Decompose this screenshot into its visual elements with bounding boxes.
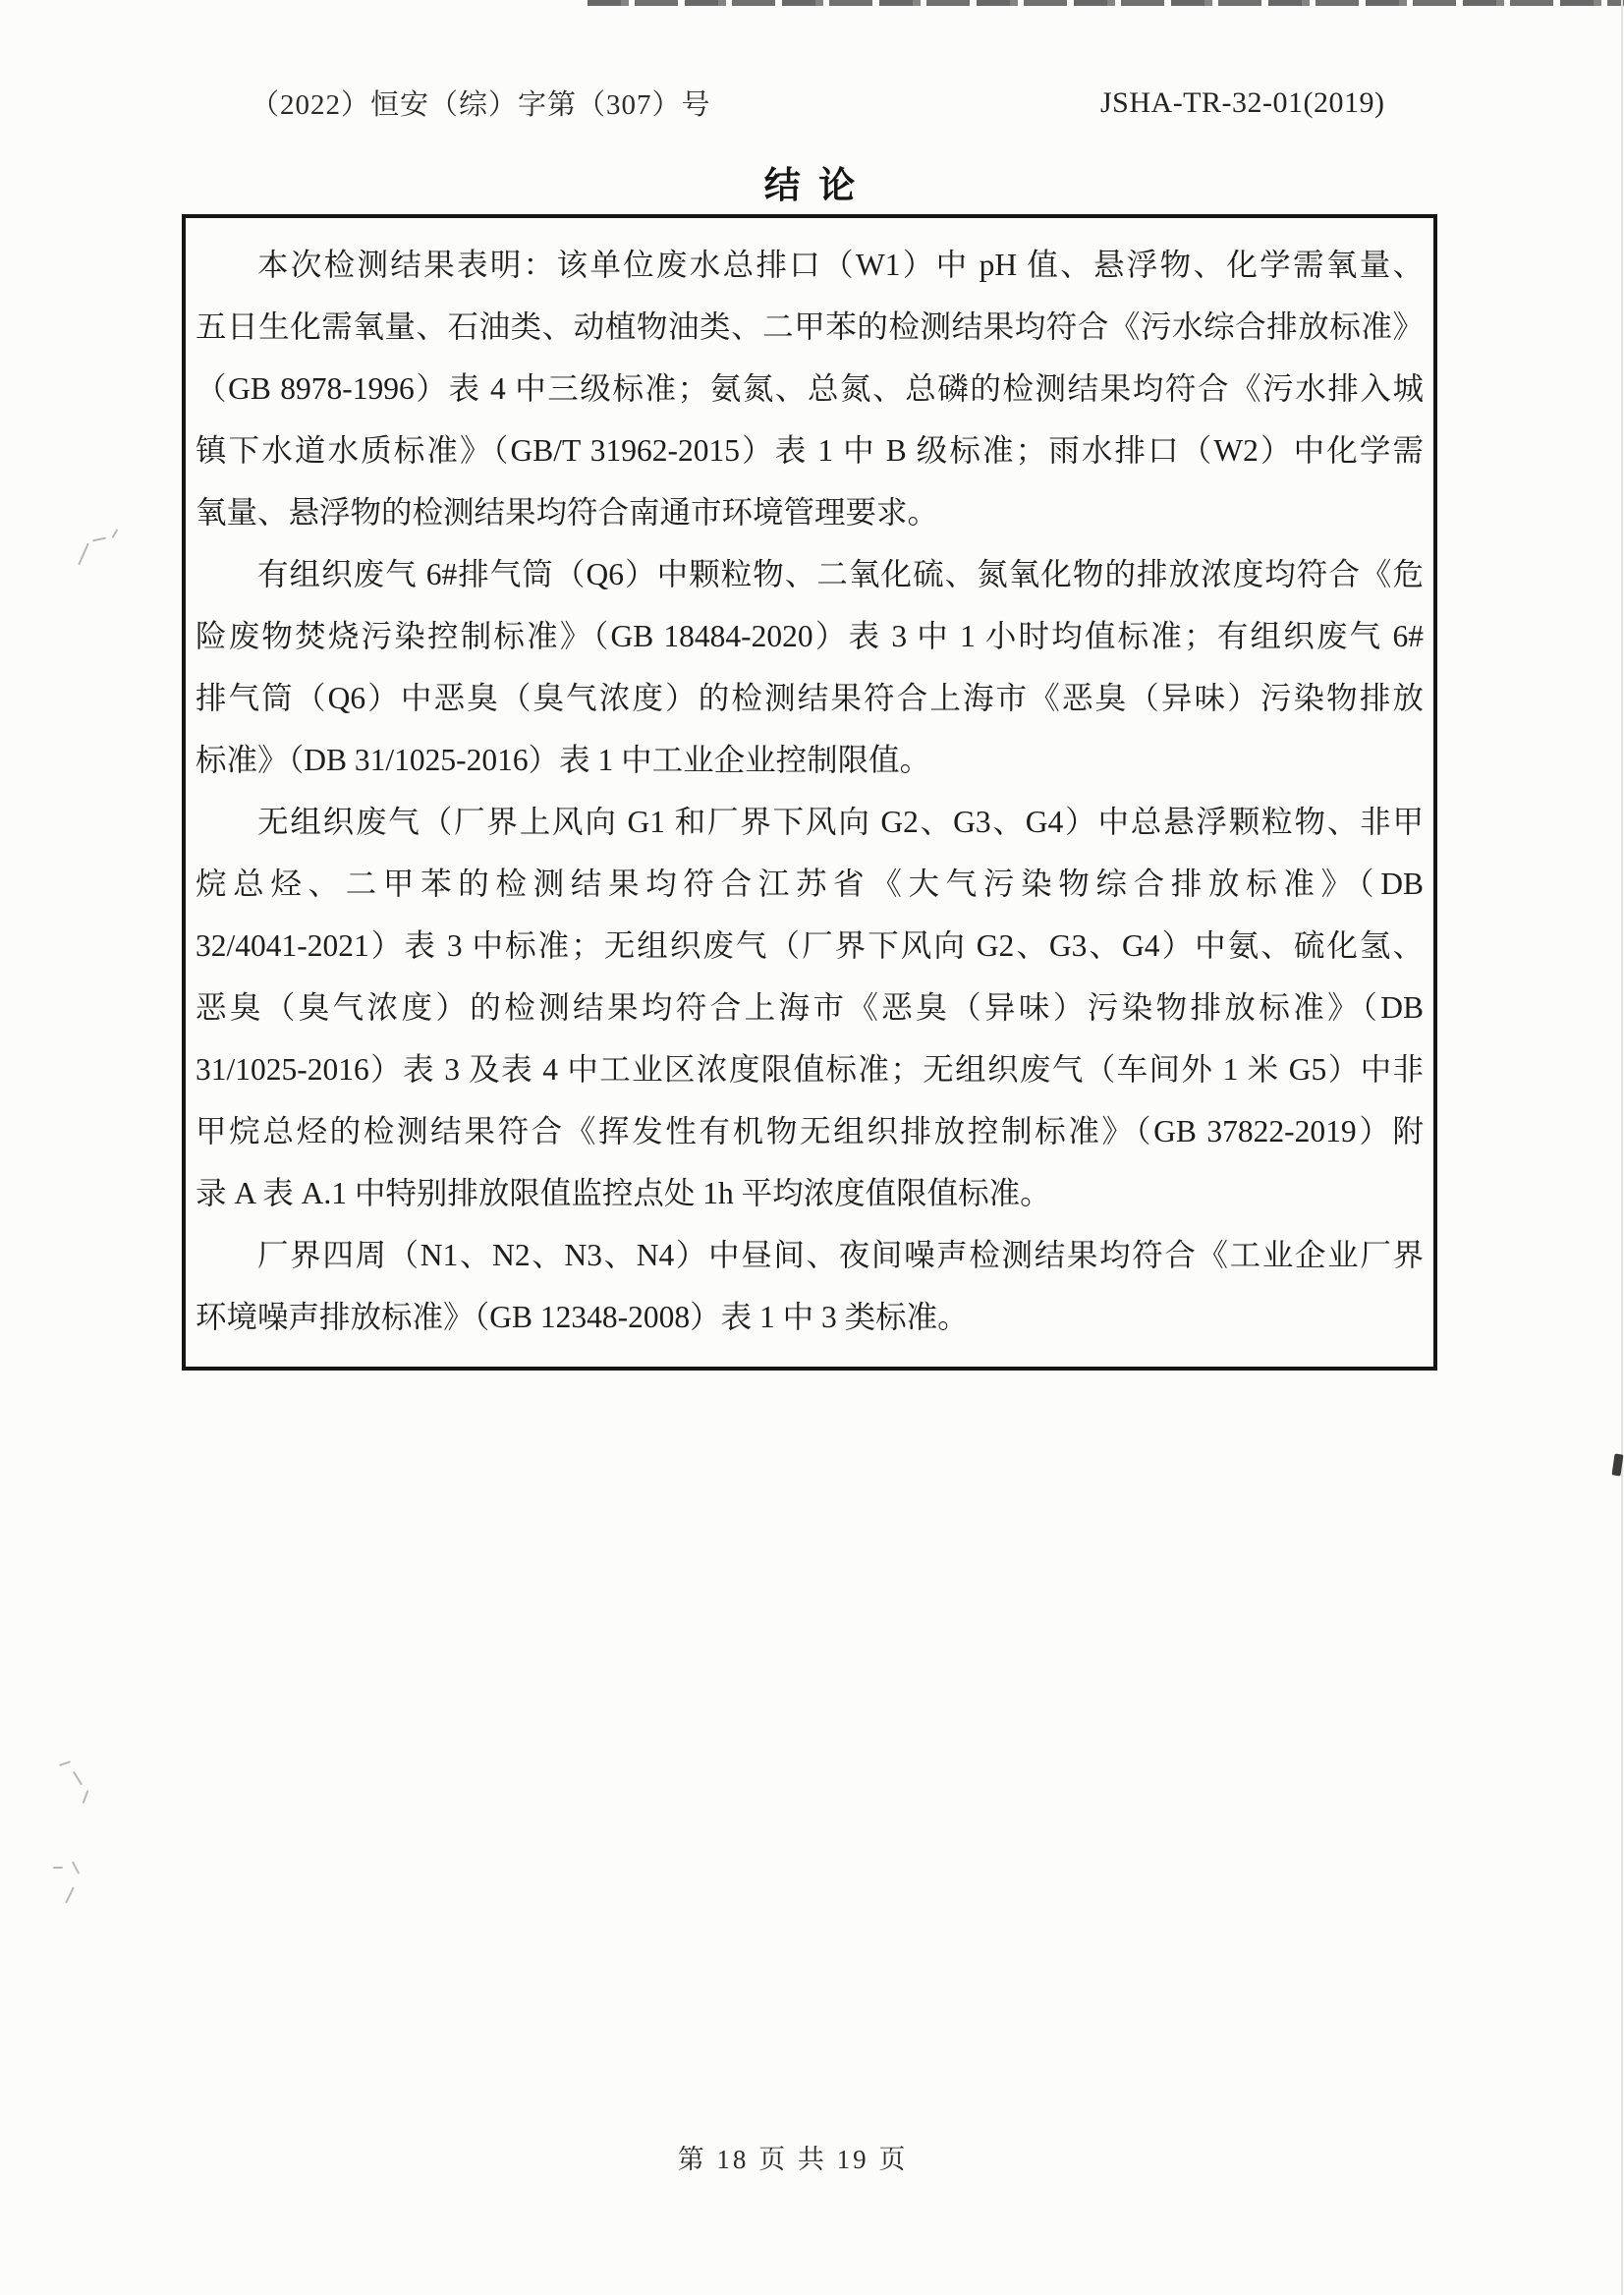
conclusion-line: 环境噪声排放标准》（GB 12348-2008）表 1 中 3 类标准。 — [196, 1286, 1424, 1348]
scan-artifact-pencil-mark — [51, 1859, 96, 1910]
scan-artifact-top-strip — [588, 0, 1624, 6]
page-title: 结 论 — [182, 155, 1437, 208]
report-form-code: JSHA-TR-32-01(2019) — [1100, 86, 1384, 120]
conclusion-line: 镇下水道水质标准》（GB/T 31962-2015）表 1 中 B 级标准；雨水… — [196, 420, 1424, 481]
conclusion-line: 厂界四周（N1、N2、N3、N4）中昼间、夜间噪声检测结果均符合《工业企业厂界 — [196, 1224, 1424, 1286]
conclusion-line: 氧量、悬浮物的检测结果均符合南通市环境管理要求。 — [196, 481, 1424, 543]
scan-artifact-pencil-mark — [77, 529, 126, 570]
conclusion-line: 甲烷总烃的检测结果符合《挥发性有机物无组织排放控制标准》（GB 37822-20… — [196, 1100, 1424, 1162]
conclusion-line: 标准》（DB 31/1025-2016）表 1 中工业企业控制限值。 — [196, 729, 1424, 791]
scan-artifact-pencil-mark — [55, 1761, 100, 1808]
conclusion-line: 险废物焚烧污染控制标准》（GB 18484-2020）表 3 中 1 小时均值标… — [196, 605, 1424, 667]
conclusion-line: 本次检测结果表明：该单位废水总排口（W1）中 pH 值、悬浮物、化学需氧量、 — [196, 234, 1424, 296]
conclusion-line: 五日生化需氧量、石油类、动植物油类、二甲苯的检测结果均符合《污水综合排放标准》 — [196, 296, 1424, 358]
conclusion-line: 31/1025-2016）表 3 及表 4 中工业区浓度限值标准；无组织废气（车… — [196, 1038, 1424, 1100]
report-reference-number: （2022）恒安（综）字第（307）号 — [251, 83, 711, 123]
conclusion-box: 本次检测结果表明：该单位废水总排口（W1）中 pH 值、悬浮物、化学需氧量、 五… — [182, 214, 1437, 1371]
conclusion-line: 恶臭（臭气浓度）的检测结果均符合上海市《恶臭（异味）污染物排放标准》（DB — [196, 977, 1424, 1038]
scanned-report-page: （2022）恒安（综）字第（307）号 JSHA-TR-32-01(2019) … — [0, 0, 1624, 2295]
conclusion-line: 无组织废气（厂界上风向 G1 和厂界下风向 G2、G3、G4）中总悬浮颗粒物、非… — [196, 791, 1424, 853]
conclusion-line: 烷总烃、二甲苯的检测结果均符合江苏省《大气污染物综合排放标准》（DB — [196, 853, 1424, 915]
conclusion-line: 有组织废气 6#排气筒（Q6）中颗粒物、二氧化硫、氮氧化物的排放浓度均符合《危 — [196, 543, 1424, 605]
scan-artifact-right-edge — [1621, 0, 1623, 2295]
conclusion-line: （GB 8978-1996）表 4 中三级标准；氨氮、总氮、总磷的检测结果均符合… — [196, 358, 1424, 420]
conclusion-line: 排气筒（Q6）中恶臭（臭气浓度）的检测结果符合上海市《恶臭（异味）污染物排放 — [196, 667, 1424, 729]
page-number-footer: 第 18 页 共 19 页 — [0, 2138, 1586, 2176]
conclusion-line: 32/4041-2021）表 3 中标准；无组织废气（厂界下风向 G2、G3、G… — [196, 915, 1424, 977]
conclusion-line: 录 A 表 A.1 中特别排放限值监控点处 1h 平均浓度值限值标准。 — [196, 1162, 1424, 1224]
